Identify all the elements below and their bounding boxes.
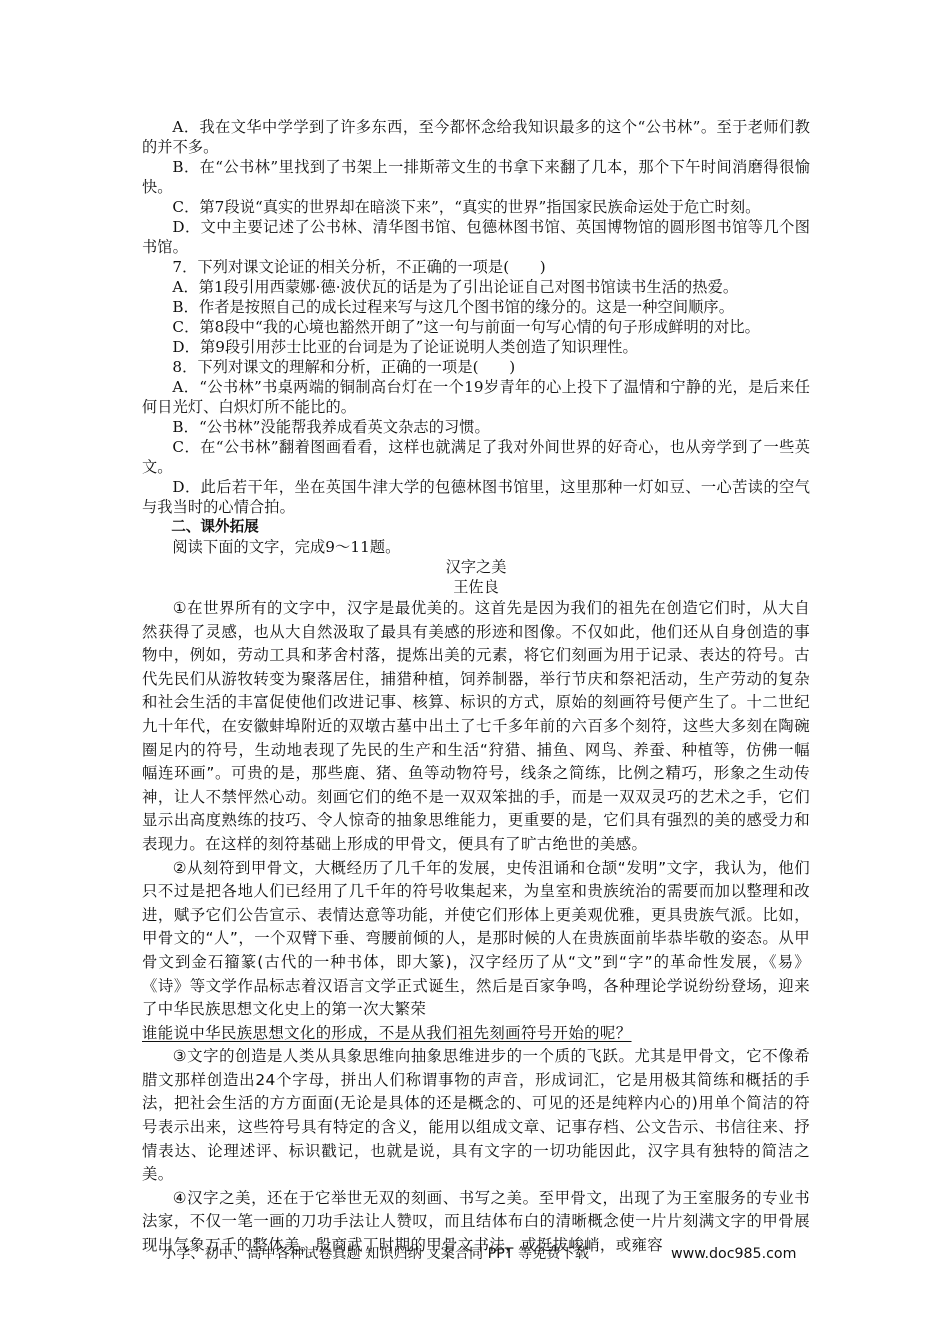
q7-stem: 7．下列对课文论证的相关分析，不正确的一项是( )	[142, 257, 810, 277]
essay-paragraph-2: ②从刻符到甲骨文，大概经历了几千年的发展，史传沮诵和仓颉“发明”文字，我认为，他…	[142, 857, 810, 1022]
q7-option-d: D．第9段引用莎士比亚的台词是为了论证说明人类创造了知识理性。	[142, 337, 810, 357]
exam-page: A．我在文华中学学到了许多东西，至今都怀念给我知识最多的这个“公书林”。至于老师…	[142, 117, 810, 1258]
q7-option-c: C．第8段中“我的心境也豁然开朗了”这一句与前面一句写心情的句子形成鲜明的对比。	[142, 317, 810, 337]
essay-author: 王佐良	[142, 577, 810, 597]
q8-option-b: B．“公书林”没能帮我养成看英文杂志的习惯。	[142, 417, 810, 437]
question-8: 8．下列对课文的理解和分析，正确的一项是( ) A．“公书林”书桌两端的铜制高台…	[142, 357, 810, 517]
section-heading: 二、课外拓展	[142, 517, 810, 537]
essay-title: 汉字之美	[142, 557, 810, 577]
underlined-question: 谁能说中华民族思想文化的形成，不是从我们祖先刻画符号开始的呢？	[142, 1024, 632, 1042]
essay-underlined-sentence: 谁能说中华民族思想文化的形成，不是从我们祖先刻画符号开始的呢？	[142, 1022, 810, 1046]
q6-option-b: B．在“公书林”里找到了书架上一排斯蒂文生的书拿下来翻了几本，那个下午时间消磨得…	[142, 157, 810, 197]
footer-url[interactable]: www.doc985.com	[671, 1243, 796, 1265]
footer-text: 小学、初中、高中各种试卷真题 知识归纳 文案合同 PPT 等免费下载	[162, 1246, 589, 1262]
essay-paragraph-2-text: ②从刻符到甲骨文，大概经历了几千年的发展，史传沮诵和仓颉“发明”文字，我认为，他…	[142, 859, 810, 1019]
q7-option-b: B．作者是按照自己的成长过程来写与这几个图书馆的缘分的。这是一种空间顺序。	[142, 297, 810, 317]
essay-paragraph-1: ①在世界所有的文字中，汉字是最优美的。这首先是因为我们的祖先在创造它们时，从大自…	[142, 597, 810, 857]
essay-paragraph-3: ③文字的创造是人类从具象思维向抽象思维进步的一个质的飞跃。尤其是甲骨文，它不像希…	[142, 1045, 810, 1187]
page-footer: 小学、初中、高中各种试卷真题 知识归纳 文案合同 PPT 等免费下载 www.d…	[162, 1243, 802, 1265]
question-6-options: A．我在文华中学学到了许多东西，至今都怀念给我知识最多的这个“公书林”。至于老师…	[142, 117, 810, 257]
q6-option-c: C．第7段说“真实的世界却在暗淡下来”，“真实的世界”指国家民族命运处于危亡时刻…	[142, 197, 810, 217]
section-instruction: 阅读下面的文字，完成9～11题。	[142, 537, 810, 557]
q8-stem: 8．下列对课文的理解和分析，正确的一项是( )	[142, 357, 810, 377]
essay-body: ①在世界所有的文字中，汉字是最优美的。这首先是因为我们的祖先在创造它们时，从大自…	[142, 597, 810, 1258]
q6-option-d: D．文中主要记述了公书林、清华图书馆、包德林图书馆、英国博物馆的圆形图书馆等几个…	[142, 217, 810, 257]
q8-option-d: D．此后若干年，坐在英国牛津大学的包德林图书馆里，这里那种一灯如豆、一心苦读的空…	[142, 477, 810, 517]
q8-option-c: C．在“公书林”翻着图画看看，这样也就满足了我对外间世界的好奇心，也从旁学到了一…	[142, 437, 810, 477]
q6-option-a: A．我在文华中学学到了许多东西，至今都怀念给我知识最多的这个“公书林”。至于老师…	[142, 117, 810, 157]
q7-option-a: A．第1段引用西蒙娜·德·波伏瓦的话是为了引出论证自己对图书馆读书生活的热爱。	[142, 277, 810, 297]
question-7: 7．下列对课文论证的相关分析，不正确的一项是( ) A．第1段引用西蒙娜·德·波…	[142, 257, 810, 357]
q8-option-a: A．“公书林”书桌两端的铜制高台灯在一个19岁青年的心上投下了温情和宁静的光，是…	[142, 377, 810, 417]
